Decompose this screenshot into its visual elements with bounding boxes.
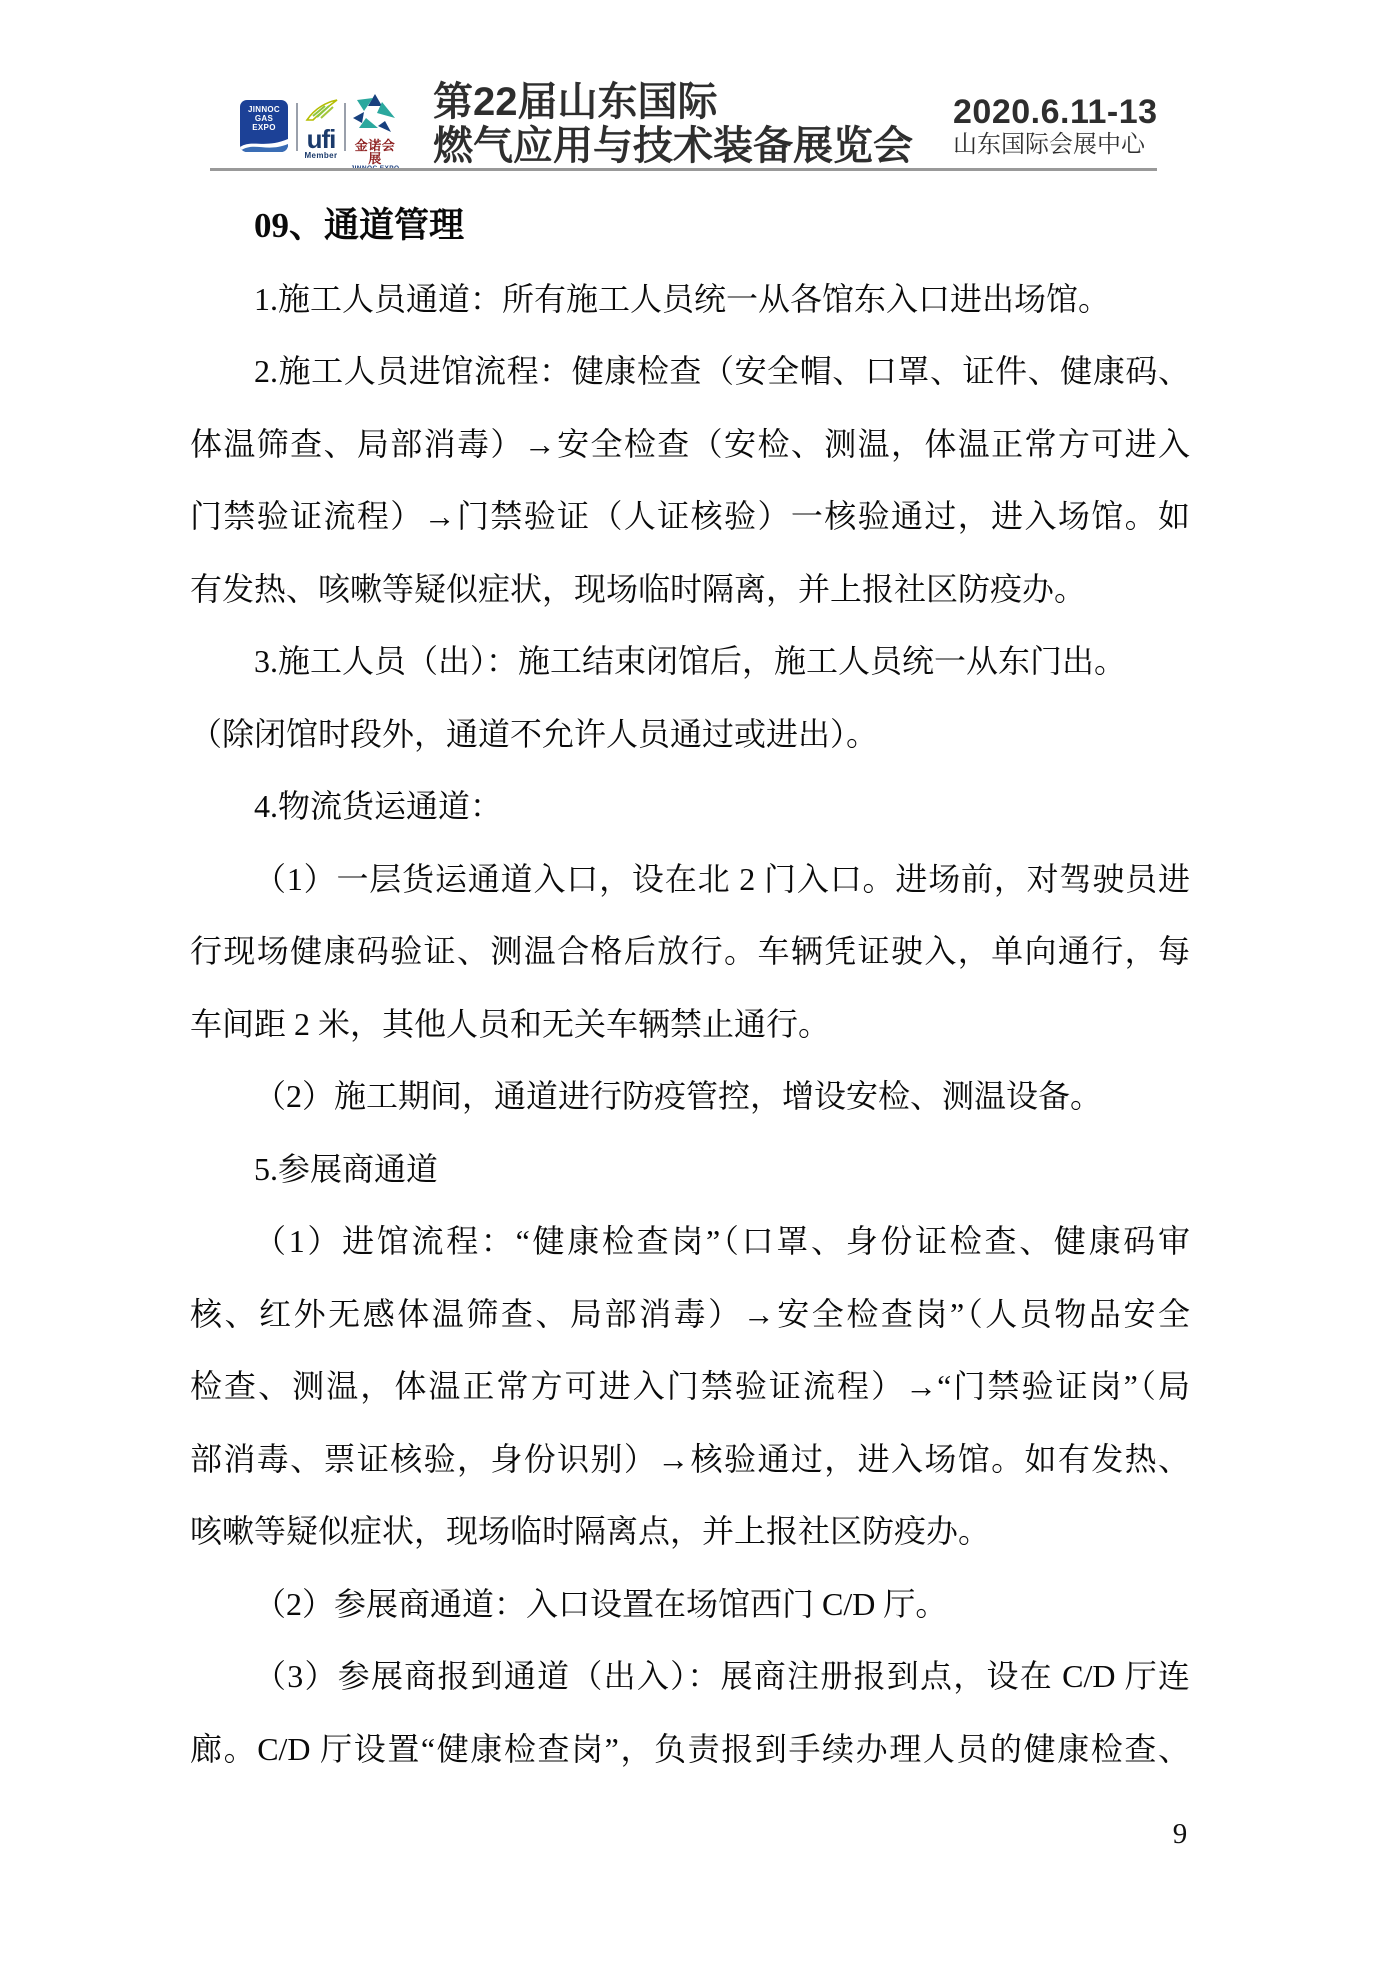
header-logo-divider — [344, 103, 346, 151]
body-line: 车间距 2 米，其他人员和无关车辆禁止通行。 — [190, 988, 1190, 1061]
page-number: 9 — [1158, 1818, 1202, 1850]
body-line: 09、通道管理 — [190, 190, 1190, 263]
body-line: 行现场健康码验证、测温合格后放行。车辆凭证驶入，单向通行，每 — [190, 915, 1190, 988]
body-line: 2.施工人员进馆流程：健康检查（安全帽、口罩、证件、健康码、 — [190, 335, 1190, 408]
event-date: 2020.6.11-13 — [953, 94, 1158, 130]
logo-word: GAS — [240, 114, 288, 123]
body-line: （1）进馆流程：“健康检查岗”（口罩、身份证检查、健康码审 — [190, 1205, 1190, 1278]
ufi-logo-text: ufi — [301, 127, 341, 151]
body-line: 有发热、咳嗽等疑似症状，现场临时隔离，并上报社区防疫办。 — [190, 553, 1190, 626]
body-line: 核、红外无感体温筛查、局部消毒）→安全检查岗”（人员物品安全 — [190, 1278, 1190, 1351]
pinwheel-star-icon — [349, 94, 401, 134]
ufi-member-label: Member — [301, 151, 341, 161]
exhibition-title: 第22届山东国际 燃气应用与技术装备展览会 — [433, 80, 913, 168]
body-line: （1）一层货运通道入口，设在北 2 门入口。进场前，对驾驶员进 — [190, 843, 1190, 916]
ufi-fan-icon — [301, 98, 341, 122]
jinnoc-expo-logo: 金诺会展 JINNOC EXPO — [349, 94, 401, 156]
body-line: 4.物流货运通道： — [190, 770, 1190, 843]
document-body: 09、通道管理1.施工人员通道：所有施工人员统一从各馆东入口进出场馆。2.施工人… — [190, 190, 1190, 1785]
body-line: （2）参展商通道：入口设置在场馆西门 C/D 厅。 — [190, 1568, 1190, 1641]
logo-word: JINNOC — [240, 105, 288, 114]
ufi-member-logo: ufi Member — [301, 98, 341, 154]
document-page: JINNOC GAS EXPO ufi Member — [0, 0, 1390, 1965]
body-line: 1.施工人员通道：所有施工人员统一从各馆东入口进出场馆。 — [190, 263, 1190, 336]
body-line: 廊。C/D 厅设置“健康检查岗”，负责报到手续办理人员的健康检查、 — [190, 1713, 1190, 1786]
header-logo-divider — [296, 103, 298, 151]
event-venue: 山东国际会展中心 — [953, 132, 1158, 158]
body-line: （2）施工期间，通道进行防疫管控，增设安检、测温设备。 — [190, 1060, 1190, 1133]
body-line: 体温筛查、局部消毒）→安全检查（安检、测温，体温正常方可进入 — [190, 408, 1190, 481]
body-line: （除闭馆时段外，通道不允许人员通过或进出）。 — [190, 698, 1190, 771]
event-date-block: 2020.6.11-13 山东国际会展中心 — [953, 94, 1158, 158]
exhibition-title-line1: 第22届山东国际 — [433, 80, 913, 124]
body-line: 检查、测温，体温正常方可进入门禁验证流程）→“门禁验证岗”（局 — [190, 1350, 1190, 1423]
wave-icon — [240, 132, 288, 152]
body-line: 3.施工人员（出）：施工结束闭馆后，施工人员统一从东门出。 — [190, 625, 1190, 698]
jinnoc-expo-cn-label: 金诺会展 — [349, 139, 401, 165]
body-line: 5.参展商通道 — [190, 1133, 1190, 1206]
body-line: 门禁验证流程）→门禁验证（人证核验）一核验通过，进入场馆。如 — [190, 480, 1190, 553]
body-line: 咳嗽等疑似症状，现场临时隔离点，并上报社区防疫办。 — [190, 1495, 1190, 1568]
jinnoc-gas-expo-logo-text: JINNOC GAS EXPO — [240, 105, 288, 132]
body-line: 部消毒、票证核验，身份识别）→核验通过，进入场馆。如有发热、 — [190, 1423, 1190, 1496]
logo-word: EXPO — [240, 123, 288, 132]
body-line: （3）参展商报到通道（出入）：展商注册报到点，设在 C/D 厅连 — [190, 1640, 1190, 1713]
page-header: JINNOC GAS EXPO ufi Member — [0, 0, 1390, 180]
exhibition-title-line2: 燃气应用与技术装备展览会 — [433, 124, 913, 168]
jinnoc-gas-expo-logo: JINNOC GAS EXPO — [240, 100, 288, 152]
header-rule — [210, 168, 1157, 171]
